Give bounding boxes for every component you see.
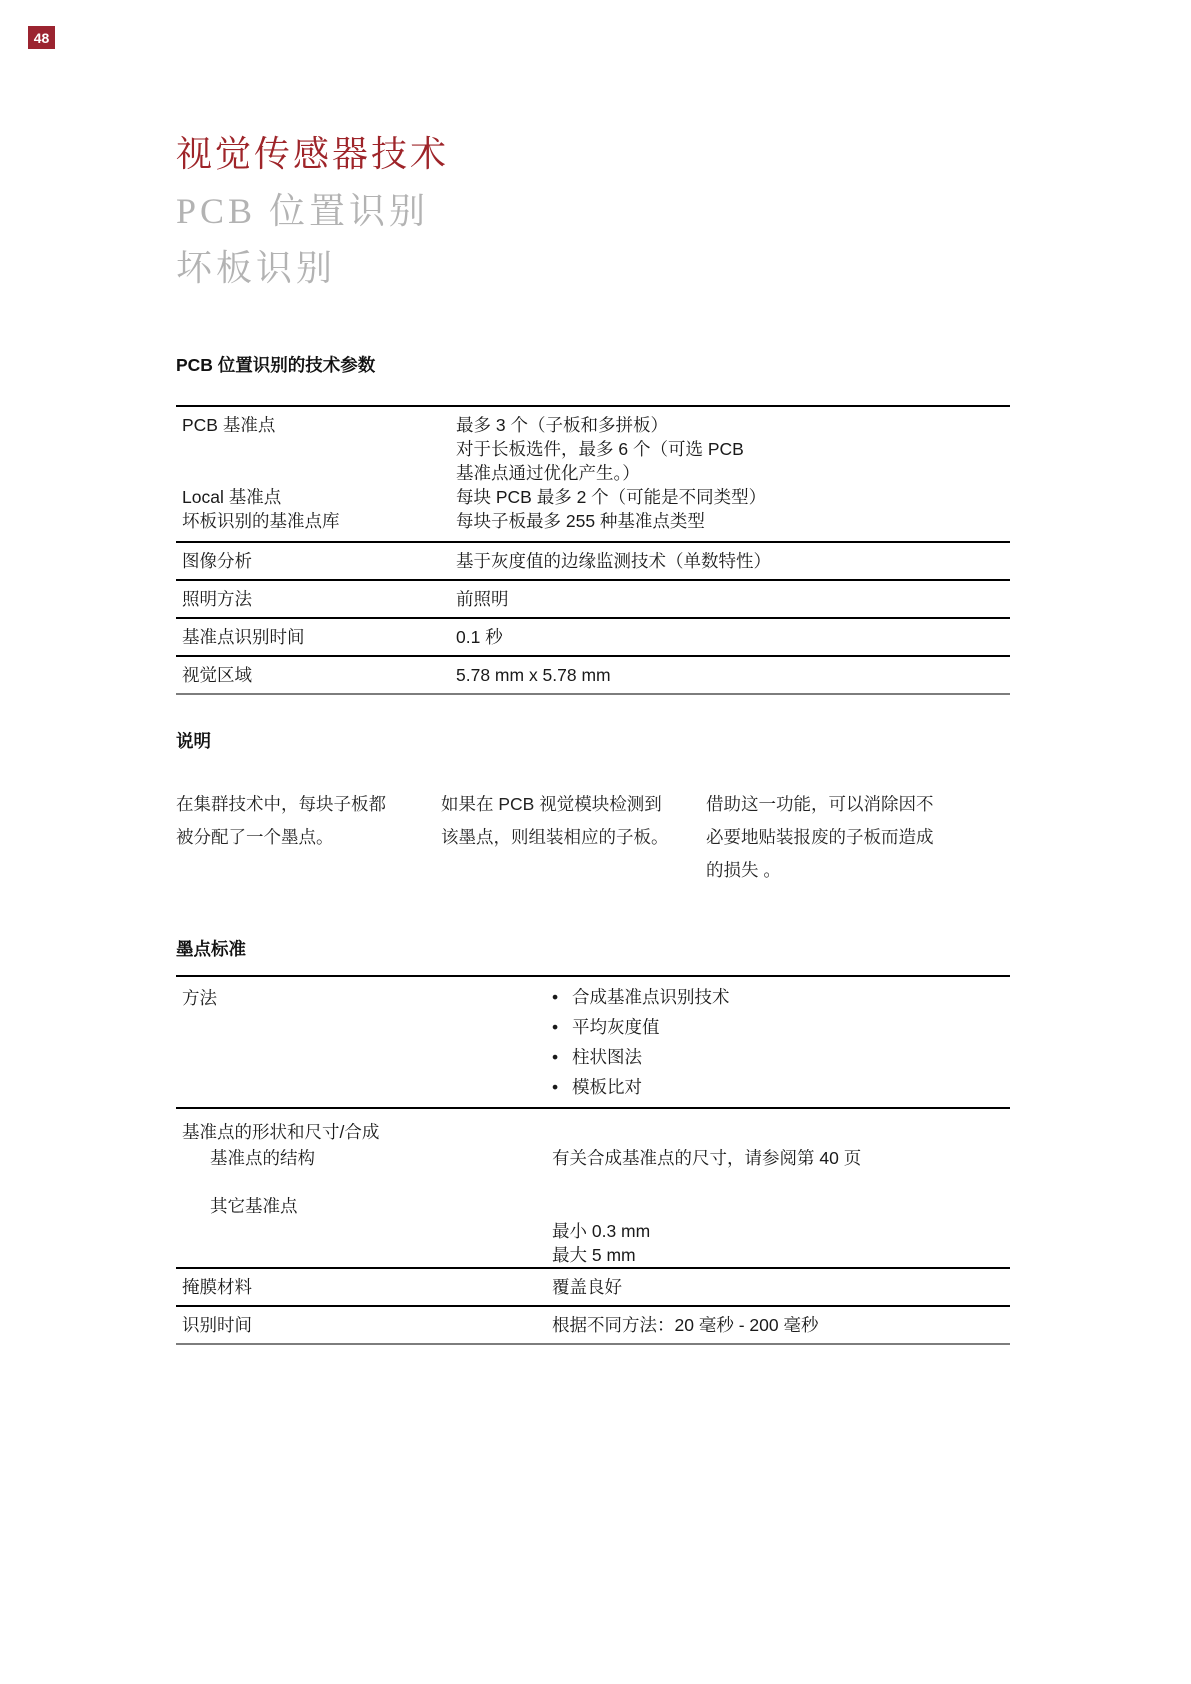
row-label: 方法 bbox=[176, 985, 552, 1100]
row-value: •合成基准点识别技术 •平均灰度值 •柱状图法 •模板比对 bbox=[552, 985, 1010, 1100]
bullet-text: 柱状图法 bbox=[572, 1047, 642, 1067]
notes-section: 说明 在集群技术中，每块子板都 被分配了一个墨点。 如果在 PCB 视觉模块检测… bbox=[176, 728, 976, 887]
row-label: 基准点的结构 bbox=[176, 1145, 552, 1171]
doc-subtitle-pcb-position: PCB 位置识别 bbox=[176, 183, 449, 240]
ink-dot-table: 墨点标准 方法 •合成基准点识别技术 •平均灰度值 bbox=[176, 936, 1010, 1345]
method-grid: 方法 •合成基准点识别技术 •平均灰度值 •柱状图法 bbox=[176, 985, 1010, 1100]
row-label: 图像分析 bbox=[176, 548, 456, 574]
bullet-item: •模板比对 bbox=[552, 1075, 1010, 1100]
table-row-identification-time: 识别时间 根据不同方法：20 毫秒 - 200 毫秒 bbox=[176, 1307, 1010, 1345]
notes-line: 如果在 PCB 视觉模块检测到 bbox=[441, 788, 682, 821]
row-value: 覆盖良好 bbox=[552, 1274, 1010, 1300]
notes-paragraph-column: 如果在 PCB 视觉模块检测到 该墨点，则组装相应的子板。 bbox=[441, 788, 682, 887]
row-value-line: 对于长板选件，最多 6 个（可选 PCB bbox=[456, 437, 1010, 461]
row-value-line: 最多 3 个（子板和多拼板） bbox=[456, 413, 1010, 437]
ink-dot-table-body: 方法 •合成基准点识别技术 •平均灰度值 •柱状图法 bbox=[176, 975, 1010, 1345]
row-value: 5.78 mm x 5.78 mm bbox=[456, 662, 1010, 688]
bullet-item: •合成基准点识别技术 bbox=[552, 985, 1010, 1010]
row-label: 坏板识别的基准点库 bbox=[176, 509, 456, 533]
row-label: PCB 基准点 bbox=[176, 413, 456, 485]
table-row-fiducials: PCB 基准点 最多 3 个（子板和多拼板） 对于长板选件，最多 6 个（可选 … bbox=[176, 407, 1010, 543]
row-label: 掩膜材料 bbox=[176, 1274, 552, 1300]
row-value: 0.1 秒 bbox=[456, 624, 1010, 650]
document-page: 48 视觉传感器技术 PCB 位置识别 坏板识别 PCB 位置识别的技术参数 P… bbox=[0, 0, 1191, 1684]
table-row-recognition-time: 基准点识别时间 0.1 秒 bbox=[176, 619, 1010, 657]
spec-table-heading: PCB 位置识别的技术参数 bbox=[176, 352, 1010, 378]
spec-table-body: PCB 基准点 最多 3 个（子板和多拼板） 对于长板选件，最多 6 个（可选 … bbox=[176, 405, 1010, 695]
shape-line1: 基准点的形状和尺寸/合成 bbox=[176, 1119, 1010, 1145]
doc-subtitle-bad-board: 坏板识别 bbox=[176, 240, 449, 297]
row-value: 每块子板最多 255 种基准点类型 bbox=[456, 509, 1010, 533]
row-label: 视觉区域 bbox=[176, 662, 456, 688]
bullet-item: •平均灰度值 bbox=[552, 1015, 1010, 1040]
notes-heading: 说明 bbox=[176, 728, 976, 754]
row-value-line: 基准点通过优化产生。） bbox=[456, 461, 1010, 485]
shape-line3: 其它基准点 bbox=[176, 1193, 1010, 1219]
notes-line: 必要地贴装报废的子板而造成 bbox=[706, 821, 966, 854]
table-row-fiducial-shape: 基准点的形状和尺寸/合成 基准点的结构 有关合成基准点的尺寸，请参阅第 40 页… bbox=[176, 1109, 1010, 1269]
bullet-icon: • bbox=[552, 985, 572, 1010]
bullet-icon: • bbox=[552, 1045, 572, 1070]
notes-paragraph-column: 在集群技术中，每块子板都 被分配了一个墨点。 bbox=[176, 788, 417, 887]
bullet-text: 合成基准点识别技术 bbox=[572, 987, 730, 1007]
row-label: Local 基准点 bbox=[176, 485, 456, 509]
doc-title: 视觉传感器技术 bbox=[176, 126, 449, 183]
row-value: 有关合成基准点的尺寸，请参阅第 40 页 bbox=[552, 1145, 1010, 1171]
row-label: 基准点的形状和尺寸/合成 bbox=[176, 1119, 552, 1145]
table-row-mask-material: 掩膜材料 覆盖良好 bbox=[176, 1269, 1010, 1307]
row-value: 前照明 bbox=[456, 586, 1010, 612]
row-value: 每块 PCB 最多 2 个（可能是不同类型） bbox=[456, 485, 1010, 509]
row-label: 基准点识别时间 bbox=[176, 624, 456, 650]
title-block: 视觉传感器技术 PCB 位置识别 坏板识别 bbox=[176, 126, 449, 297]
row-value bbox=[552, 1193, 1010, 1219]
row-label: 其它基准点 bbox=[176, 1193, 552, 1219]
table-subrow: 坏板识别的基准点库 每块子板最多 255 种基准点类型 bbox=[176, 509, 1010, 533]
notes-line: 的损失 。 bbox=[706, 854, 966, 887]
row-value: 根据不同方法：20 毫秒 - 200 毫秒 bbox=[552, 1312, 1010, 1338]
table-row-vision-area: 视觉区域 5.78 mm x 5.78 mm bbox=[176, 657, 1010, 695]
row-value bbox=[552, 1119, 1010, 1145]
bullet-icon: • bbox=[552, 1015, 572, 1040]
table-subrow: Local 基准点 每块 PCB 最多 2 个（可能是不同类型） bbox=[176, 485, 1010, 509]
notes-line: 在集群技术中，每块子板都 bbox=[176, 788, 417, 821]
shape-line2: 基准点的结构 有关合成基准点的尺寸，请参阅第 40 页 bbox=[176, 1145, 1010, 1171]
notes-columns: 在集群技术中，每块子板都 被分配了一个墨点。 如果在 PCB 视觉模块检测到 该… bbox=[176, 788, 976, 887]
notes-paragraph-column: 借助这一功能，可以消除因不 必要地贴装报废的子板而造成 的损失 。 bbox=[706, 788, 966, 887]
bullet-item: •柱状图法 bbox=[552, 1045, 1010, 1070]
table-row-method: 方法 •合成基准点识别技术 •平均灰度值 •柱状图法 bbox=[176, 977, 1010, 1109]
row-value: 基于灰度值的边缘监测技术（单数特性） bbox=[456, 548, 1010, 574]
shape-line4: 最小 0.3 mm 最大 5 mm bbox=[176, 1219, 1010, 1267]
row-value: 最多 3 个（子板和多拼板） 对于长板选件，最多 6 个（可选 PCB 基准点通… bbox=[456, 413, 1010, 485]
ink-dot-table-heading: 墨点标准 bbox=[176, 936, 1010, 962]
table-subrow: PCB 基准点 最多 3 个（子板和多拼板） 对于长板选件，最多 6 个（可选 … bbox=[176, 413, 1010, 485]
row-value: 最小 0.3 mm 最大 5 mm bbox=[552, 1219, 1010, 1267]
notes-line: 该墨点，则组装相应的子板。 bbox=[441, 821, 682, 854]
row-label bbox=[176, 1219, 552, 1267]
page-number-badge: 48 bbox=[28, 26, 55, 49]
notes-line: 借助这一功能，可以消除因不 bbox=[706, 788, 966, 821]
row-label: 照明方法 bbox=[176, 586, 456, 612]
bullet-icon: • bbox=[552, 1075, 572, 1100]
row-value-line: 最大 5 mm bbox=[552, 1243, 1010, 1267]
spec-table: PCB 位置识别的技术参数 PCB 基准点 最多 3 个（子板和多拼板） 对于长… bbox=[176, 352, 1010, 695]
row-label: 识别时间 bbox=[176, 1312, 552, 1338]
notes-line: 被分配了一个墨点。 bbox=[176, 821, 417, 854]
bullet-text: 模板比对 bbox=[572, 1077, 642, 1097]
table-row-image-analysis: 图像分析 基于灰度值的边缘监测技术（单数特性） bbox=[176, 543, 1010, 581]
bullet-text: 平均灰度值 bbox=[572, 1017, 660, 1037]
row-value-line: 最小 0.3 mm bbox=[552, 1219, 1010, 1243]
table-row-illumination: 照明方法 前照明 bbox=[176, 581, 1010, 619]
